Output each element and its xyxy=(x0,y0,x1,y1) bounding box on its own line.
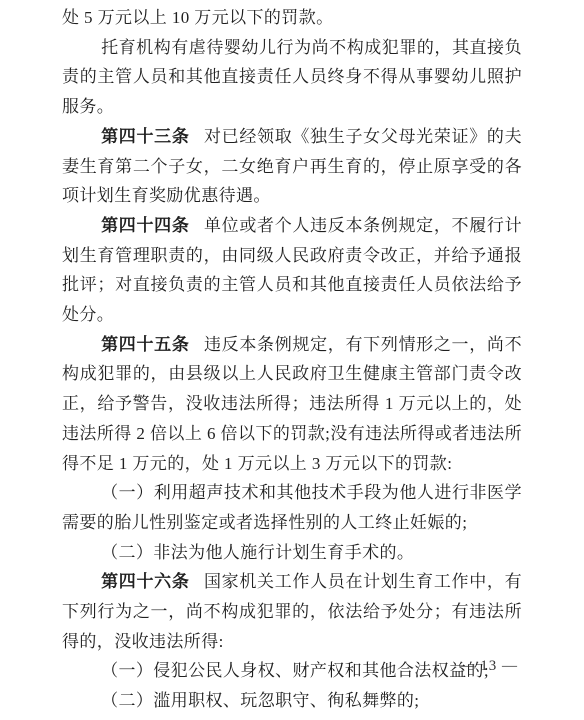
paragraph-text: （一）侵犯公民人身权、财产权和其他合法权益的; xyxy=(101,661,489,680)
list-item: （一）侵犯公民人身权、财产权和其他合法权益的; xyxy=(62,656,522,686)
article-number: 第四十四条 xyxy=(101,216,189,235)
article-paragraph-46: 第四十六条国家机关工作人员在计划生育工作中，有下列行为之一，尚不构成犯罪的，依法… xyxy=(62,567,522,656)
article-number: 第四十三条 xyxy=(101,127,189,146)
paragraph-text: 违反本条例规定，有下列情形之一，尚不构成犯罪的，由县级以上人民政府卫生健康主管部… xyxy=(62,335,522,473)
article-number: 第四十五条 xyxy=(101,335,189,354)
paragraph-text: 处 5 万元以上 10 万元以下的罚款。 xyxy=(62,8,334,27)
article-number: 第四十六条 xyxy=(101,572,189,591)
article-paragraph-43: 第四十三条对已经领取《独生子女父母光荣证》的夫妻生育第二个子女，二女绝育户再生育… xyxy=(62,122,522,211)
list-item: （一）利用超声技术和其他技术手段为他人进行非医学需要的胎儿性别鉴定或者选择性别的… xyxy=(62,478,522,537)
paragraph-text: （二）非法为他人施行计划生育手术的。 xyxy=(101,543,414,562)
paragraph-continuation: 处 5 万元以上 10 万元以下的罚款。 xyxy=(62,3,522,33)
document-body: 处 5 万元以上 10 万元以下的罚款。 托育机构有虐待婴幼儿行为尚不构成犯罪的… xyxy=(62,3,522,716)
paragraph: 托育机构有虐待婴幼儿行为尚不构成犯罪的，其直接负责的主管人员和其他直接责任人员终… xyxy=(62,33,522,122)
paragraph-text: （一）利用超声技术和其他技术手段为他人进行非医学需要的胎儿性别鉴定或者选择性别的… xyxy=(62,483,522,532)
paragraph-text: 托育机构有虐待婴幼儿行为尚不构成犯罪的，其直接负责的主管人员和其他直接责任人员终… xyxy=(62,38,522,116)
list-item: （二）滥用职权、玩忽职守、徇私舞弊的; xyxy=(62,686,522,716)
article-paragraph-44: 第四十四条单位或者个人违反本条例规定，不履行计划生育管理职责的，由同级人民政府责… xyxy=(62,211,522,330)
document-page: 处 5 万元以上 10 万元以下的罚款。 托育机构有虐待婴幼儿行为尚不构成犯罪的… xyxy=(0,0,584,720)
article-paragraph-45: 第四十五条违反本条例规定，有下列情形之一，尚不构成犯罪的，由县级以上人民政府卫生… xyxy=(62,330,522,479)
paragraph-text: （二）滥用职权、玩忽职守、徇私舞弊的; xyxy=(101,691,419,710)
list-item: （二）非法为他人施行计划生育手术的。 xyxy=(62,538,522,568)
page-number: — 13 — xyxy=(460,658,519,675)
